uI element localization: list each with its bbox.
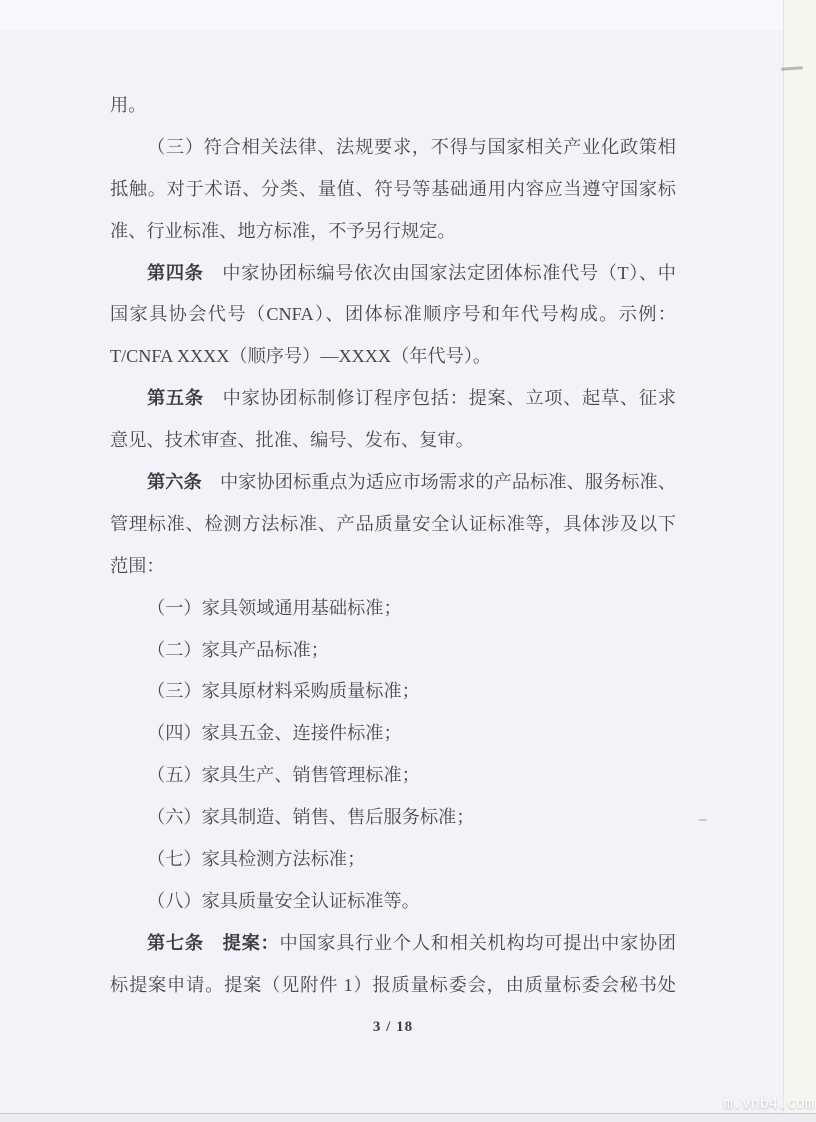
text-segment-bold: 第六条 (147, 472, 202, 492)
text-segment: T/CNFA XXXX（顺序号）—XXXX（年代号）。 (110, 346, 491, 366)
text-line: 第七条 提案：中国家具行业个人和相关机构均可提出中家协团 (110, 923, 676, 965)
text-line: （四）家具五金、连接件标准； (110, 713, 676, 755)
text-segment: 国家具协会代号（CNFA）、团体标准顺序号和年代号构成。示例： (110, 304, 676, 324)
text-line: （八）家具质量安全认证标准等。 (110, 881, 676, 923)
text-segment: （二）家具产品标准； (147, 640, 329, 660)
text-segment: 管理标准、检测方法标准、产品质量安全认证标准等，具体涉及以下 (110, 514, 676, 534)
text-line: （五）家具生产、销售管理标准； (110, 755, 676, 797)
text-line: 第四条 中家协团标编号依次由国家法定团体标准代号（T）、中 (110, 253, 676, 295)
text-segment: （三）符合相关法律、法规要求，不得与国家相关产业化政策相 (147, 137, 676, 157)
text-line: 抵触。对于术语、分类、量值、符号等基础通用内容应当遵守国家标 (110, 169, 676, 211)
text-segment: 准、行业标准、地方标准，不予另行规定。 (110, 221, 456, 241)
text-segment: 中国家具行业个人和相关机构均可提出中家协团 (279, 933, 676, 953)
watermark: m.vnb4.com (724, 1094, 814, 1112)
text-line: 准、行业标准、地方标准，不予另行规定。 (110, 211, 676, 253)
text-line: 管理标准、检测方法标准、产品质量安全认证标准等，具体涉及以下 (110, 504, 676, 546)
text-segment-bold: 第四条 (147, 263, 203, 283)
text-segment: （一）家具领域通用基础标准； (147, 598, 402, 618)
text-segment: 范围： (110, 556, 165, 576)
text-segment: 意见、技术审查、批准、编号、发布、复审。 (110, 430, 474, 450)
scan-right-edge-strip (783, 0, 816, 1114)
text-segment: 抵触。对于术语、分类、量值、符号等基础通用内容应当遵守国家标 (110, 179, 676, 199)
page-number: 3 / 18 (110, 1012, 676, 1042)
text-line: 第五条 中家协团标制修订程序包括：提案、立项、起草、征求 (110, 378, 676, 420)
text-line: 意见、技术审查、批准、编号、发布、复审。 (110, 420, 676, 462)
text-segment: （七）家具检测方法标准； (147, 849, 365, 869)
text-segment: （八）家具质量安全认证标准等。 (147, 891, 420, 911)
text-line: （一）家具领域通用基础标准； (110, 588, 676, 630)
document-lines: 用。（三）符合相关法律、法规要求，不得与国家相关产业化政策相抵触。对于术语、分类… (110, 85, 676, 1007)
text-line: 标提案申请。提案（见附件 1）报质量标委会，由质量标委会秘书处 (110, 965, 676, 1007)
text-line: （三）符合相关法律、法规要求，不得与国家相关产业化政策相 (110, 127, 676, 169)
text-segment: （四）家具五金、连接件标准； (147, 723, 402, 743)
text-line: （七）家具检测方法标准； (110, 839, 676, 881)
text-line: （六）家具制造、销售、售后服务标准； (110, 797, 676, 839)
text-segment: 标提案申请。提案（见附件 1）报质量标委会，由质量标委会秘书处 (110, 975, 676, 995)
text-segment-bold: 第五条 (147, 388, 204, 408)
text-segment: 中家协团标制修订程序包括：提案、立项、起草、征求 (204, 388, 676, 408)
text-segment-bold: 第七条 提案： (147, 933, 279, 953)
text-segment: 用。 (110, 95, 146, 115)
text-line: （三）家具原材料采购质量标准； (110, 671, 676, 713)
text-line: T/CNFA XXXX（顺序号）—XXXX（年代号）。 (110, 336, 676, 378)
scan-top-edge-strip (0, 0, 783, 30)
text-line: 国家具协会代号（CNFA）、团体标准顺序号和年代号构成。示例： (110, 294, 676, 336)
text-segment: 中家协团标编号依次由国家法定团体标准代号（T）、中 (203, 263, 676, 283)
text-segment: 中家协团标重点为适应市场需求的产品标准、服务标准、 (202, 472, 676, 492)
text-segment: （三）家具原材料采购质量标准； (147, 681, 420, 701)
text-line: 第六条 中家协团标重点为适应市场需求的产品标准、服务标准、 (110, 462, 676, 504)
text-segment: （六）家具制造、销售、售后服务标准； (147, 807, 474, 827)
text-segment: （五）家具生产、销售管理标准； (147, 765, 420, 785)
scan-bottom-edge-strip (0, 1113, 816, 1122)
scanned-document-page: 用。（三）符合相关法律、法规要求，不得与国家相关产业化政策相抵触。对于术语、分类… (0, 0, 816, 1122)
text-line: 范围： (110, 546, 676, 588)
text-line: 用。 (110, 85, 676, 127)
text-line: （二）家具产品标准； (110, 630, 676, 672)
scan-speck-mark (699, 819, 707, 821)
